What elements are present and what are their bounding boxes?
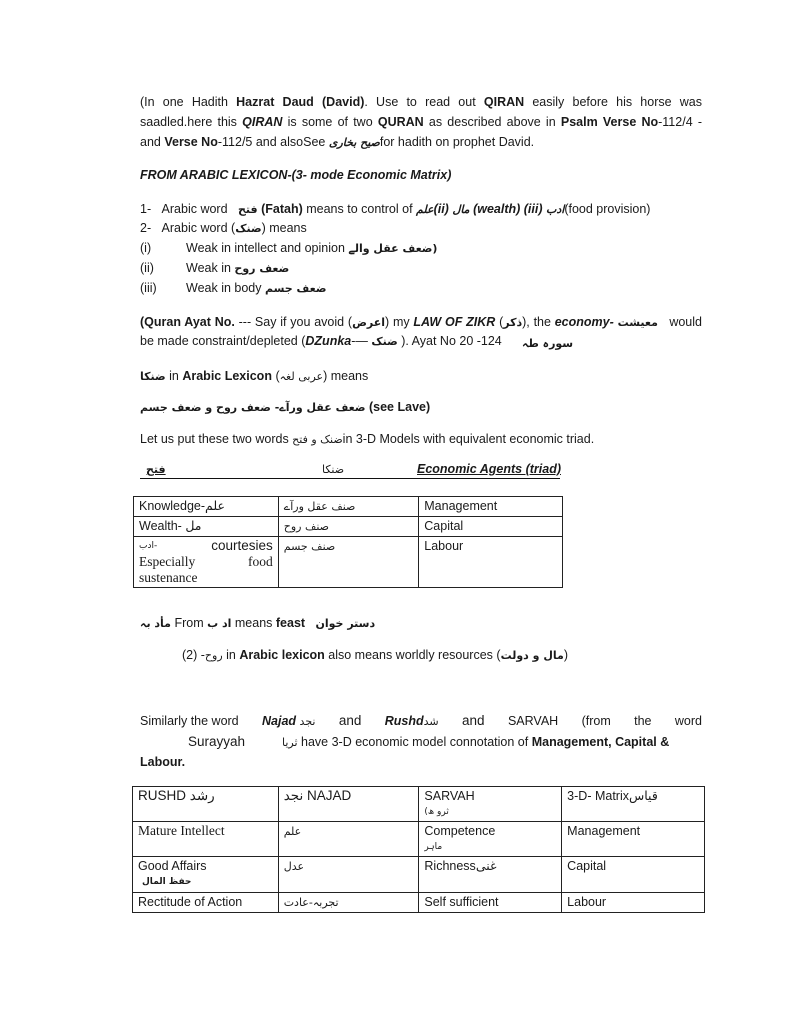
let-us-line: Let us put these two words ضنک و فتحin 3… [140,431,594,448]
table-row: Knowledge-علم صنف عقل ورآے Management [134,497,563,517]
intro-line-1: (In one Hadith Hazrat Daud (David). Use … [140,94,702,110]
quran-line-1: (Quran Ayat No. --- Say if you avoid (اع… [140,314,702,331]
table-cell: Capital [562,857,705,893]
triad-header-fatah: فتح [146,461,166,478]
three-d-matrix-table: RUSHD رشد نجد NAJAD SARVAH(ثرو ھ 3-D- Ma… [132,786,705,913]
table-cell: Labour [562,893,705,913]
table-row: ادب-courtesies Especiallyfood sustenance… [134,537,563,588]
similarly-line-2a: Surayyah [188,734,245,750]
table-row: RUSHD رشد نجد NAJAD SARVAH(ثرو ھ 3-D- Ma… [133,787,705,822]
table-cell: Good Affairsحفظ المال [133,857,279,893]
table-cell: Wealth- مل [134,517,279,537]
table-cell: Capital [419,517,563,537]
table-cell: صنف عقل ورآے [278,497,419,517]
table-cell: نجد NAJAD [278,787,419,822]
table-cell: عدل [278,857,419,893]
list-item-1: 1- Arabic word فتح (Fatah) means to cont… [140,201,650,218]
quran-line-2: be made constraint/depleted (DZunka-— ضن… [140,333,502,350]
table-cell: تجربہ-عادت [278,893,419,913]
triad-header-underline [140,478,560,479]
table-cell: SARVAH(ثرو ھ [419,787,562,822]
sub-item-ii: (ii)Weak in ضعف روح [140,260,289,277]
surah-name: سورہ طہ [522,335,573,352]
similarly-line-3: Labour. [140,754,185,770]
similarly-line-2b: ثریا have 3-D economic model connotation… [282,734,669,751]
table-cell: Competenceماہر [419,822,562,857]
table-cell: Richnessغنی [419,857,562,893]
table-cell: Management [419,497,563,517]
intro-line-2: saadled.here this QIRAN is some of two Q… [140,114,702,130]
triad-table: Knowledge-علم صنف عقل ورآے Management We… [133,496,563,588]
sub-item-i: (i)Weak in intellect and opinion ضعف عقل… [140,240,437,257]
table-cell: RUSHD رشد [133,787,279,822]
note-2-line: (2) -روح in Arabic lexicon also means wo… [182,647,568,664]
feast-line: مأد بہ From اد ب means feast دستر خوان [140,615,375,632]
table-cell: Labour [419,537,563,588]
table-row: Good Affairsحفظ المال عدل Richnessغنی Ca… [133,857,705,893]
similarly-line-1: Similarly the word Najad نجد and Rushdشد… [140,713,702,730]
table-row: Rectitude of Action تجربہ-عادت Self suff… [133,893,705,913]
triad-header-dzunka: ضنکا [322,461,344,478]
table-cell: 3-D- Matrixقیاس [562,787,705,822]
table-cell: صنف روح [278,517,419,537]
table-cell: Self sufficient [419,893,562,913]
triad-header-agents: Economic Agents (triad) [417,461,561,477]
list-item-2: 2- Arabic word (ضنک) means [140,220,307,237]
table-cell: Knowledge-علم [134,497,279,517]
table-cell: Mature Intellect [133,822,279,857]
sub-item-iii: (iii)Weak in body ضعف جسم [140,280,327,297]
table-row: Wealth- مل صنف روح Capital [134,517,563,537]
lexicon-line: ضنکا in Arabic Lexicon (عربی لغہ) means [140,368,368,385]
heading-arabic-lexicon: FROM ARABIC LEXICON-(3- mode Economic Ma… [140,167,451,183]
table-cell: Management [562,822,705,857]
table-cell: صنف جسم [278,537,419,588]
see-lave-line: ضعف عقل ورآے- ضعف روح و ضعف جسم (see Lav… [140,399,430,416]
table-cell: علم [278,822,419,857]
table-cell: ادب-courtesies Especiallyfood sustenance [134,537,279,588]
intro-line-3: and Verse No-112/5 and alsoSee صیح بخاری… [140,134,534,151]
table-cell: Rectitude of Action [133,893,279,913]
table-row: Mature Intellect علم Competenceماہر Mana… [133,822,705,857]
